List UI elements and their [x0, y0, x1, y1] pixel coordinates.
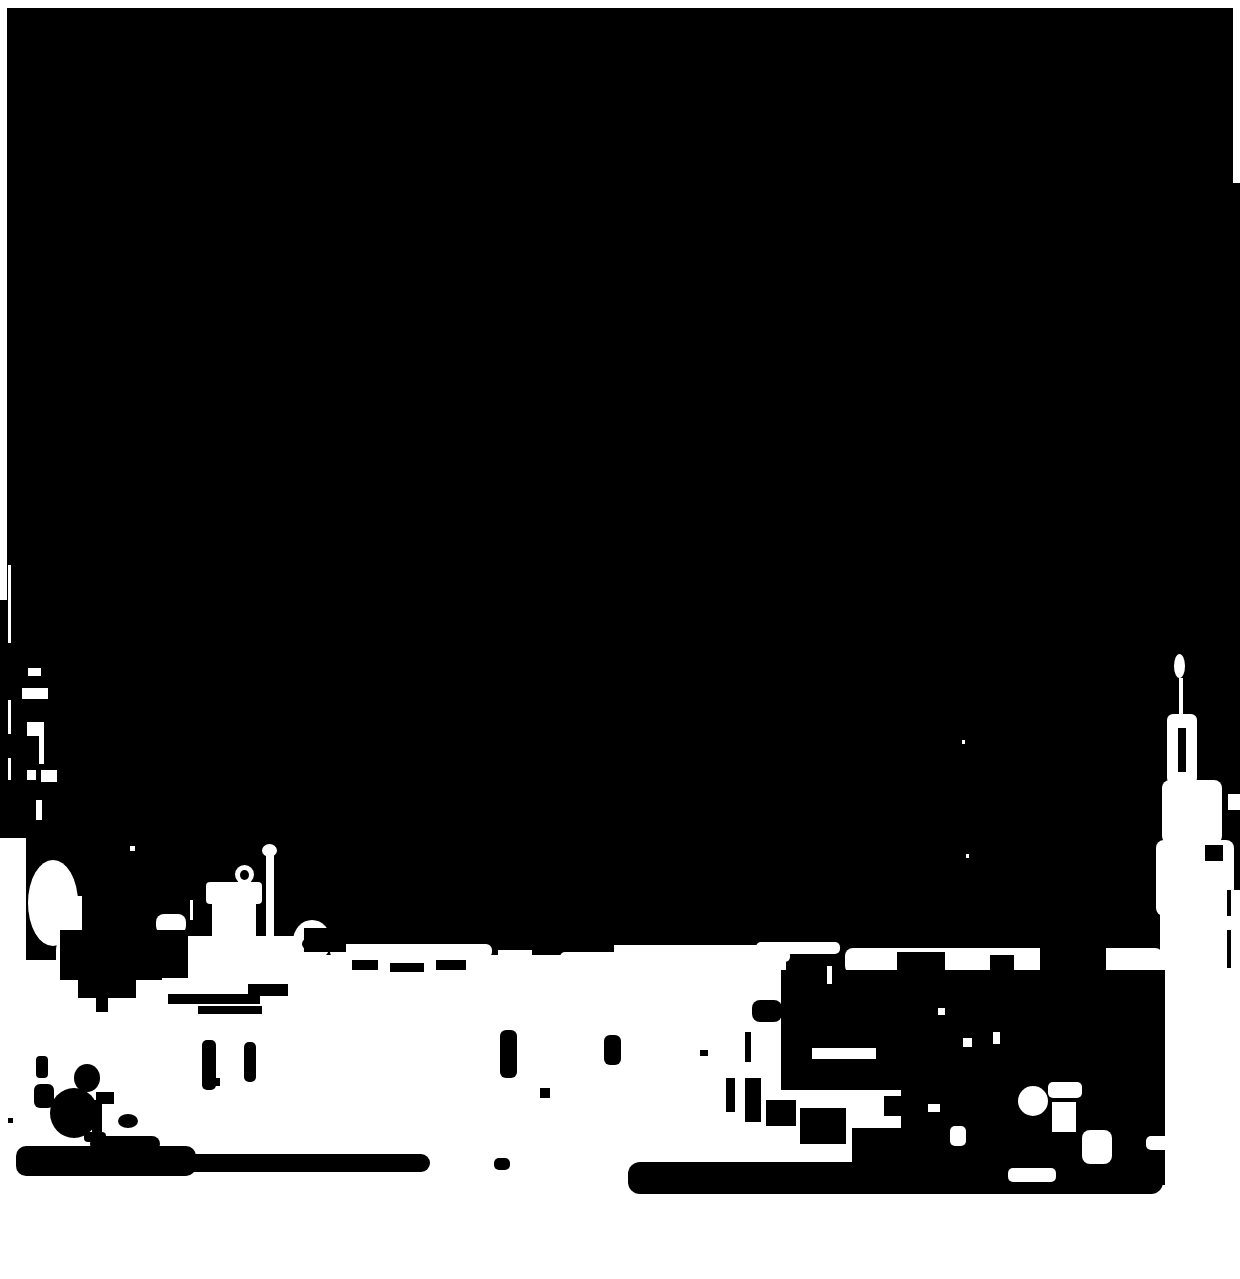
binarized-photo-canvas	[0, 0, 1240, 1279]
binarized-photo-page	[0, 0, 1240, 1279]
